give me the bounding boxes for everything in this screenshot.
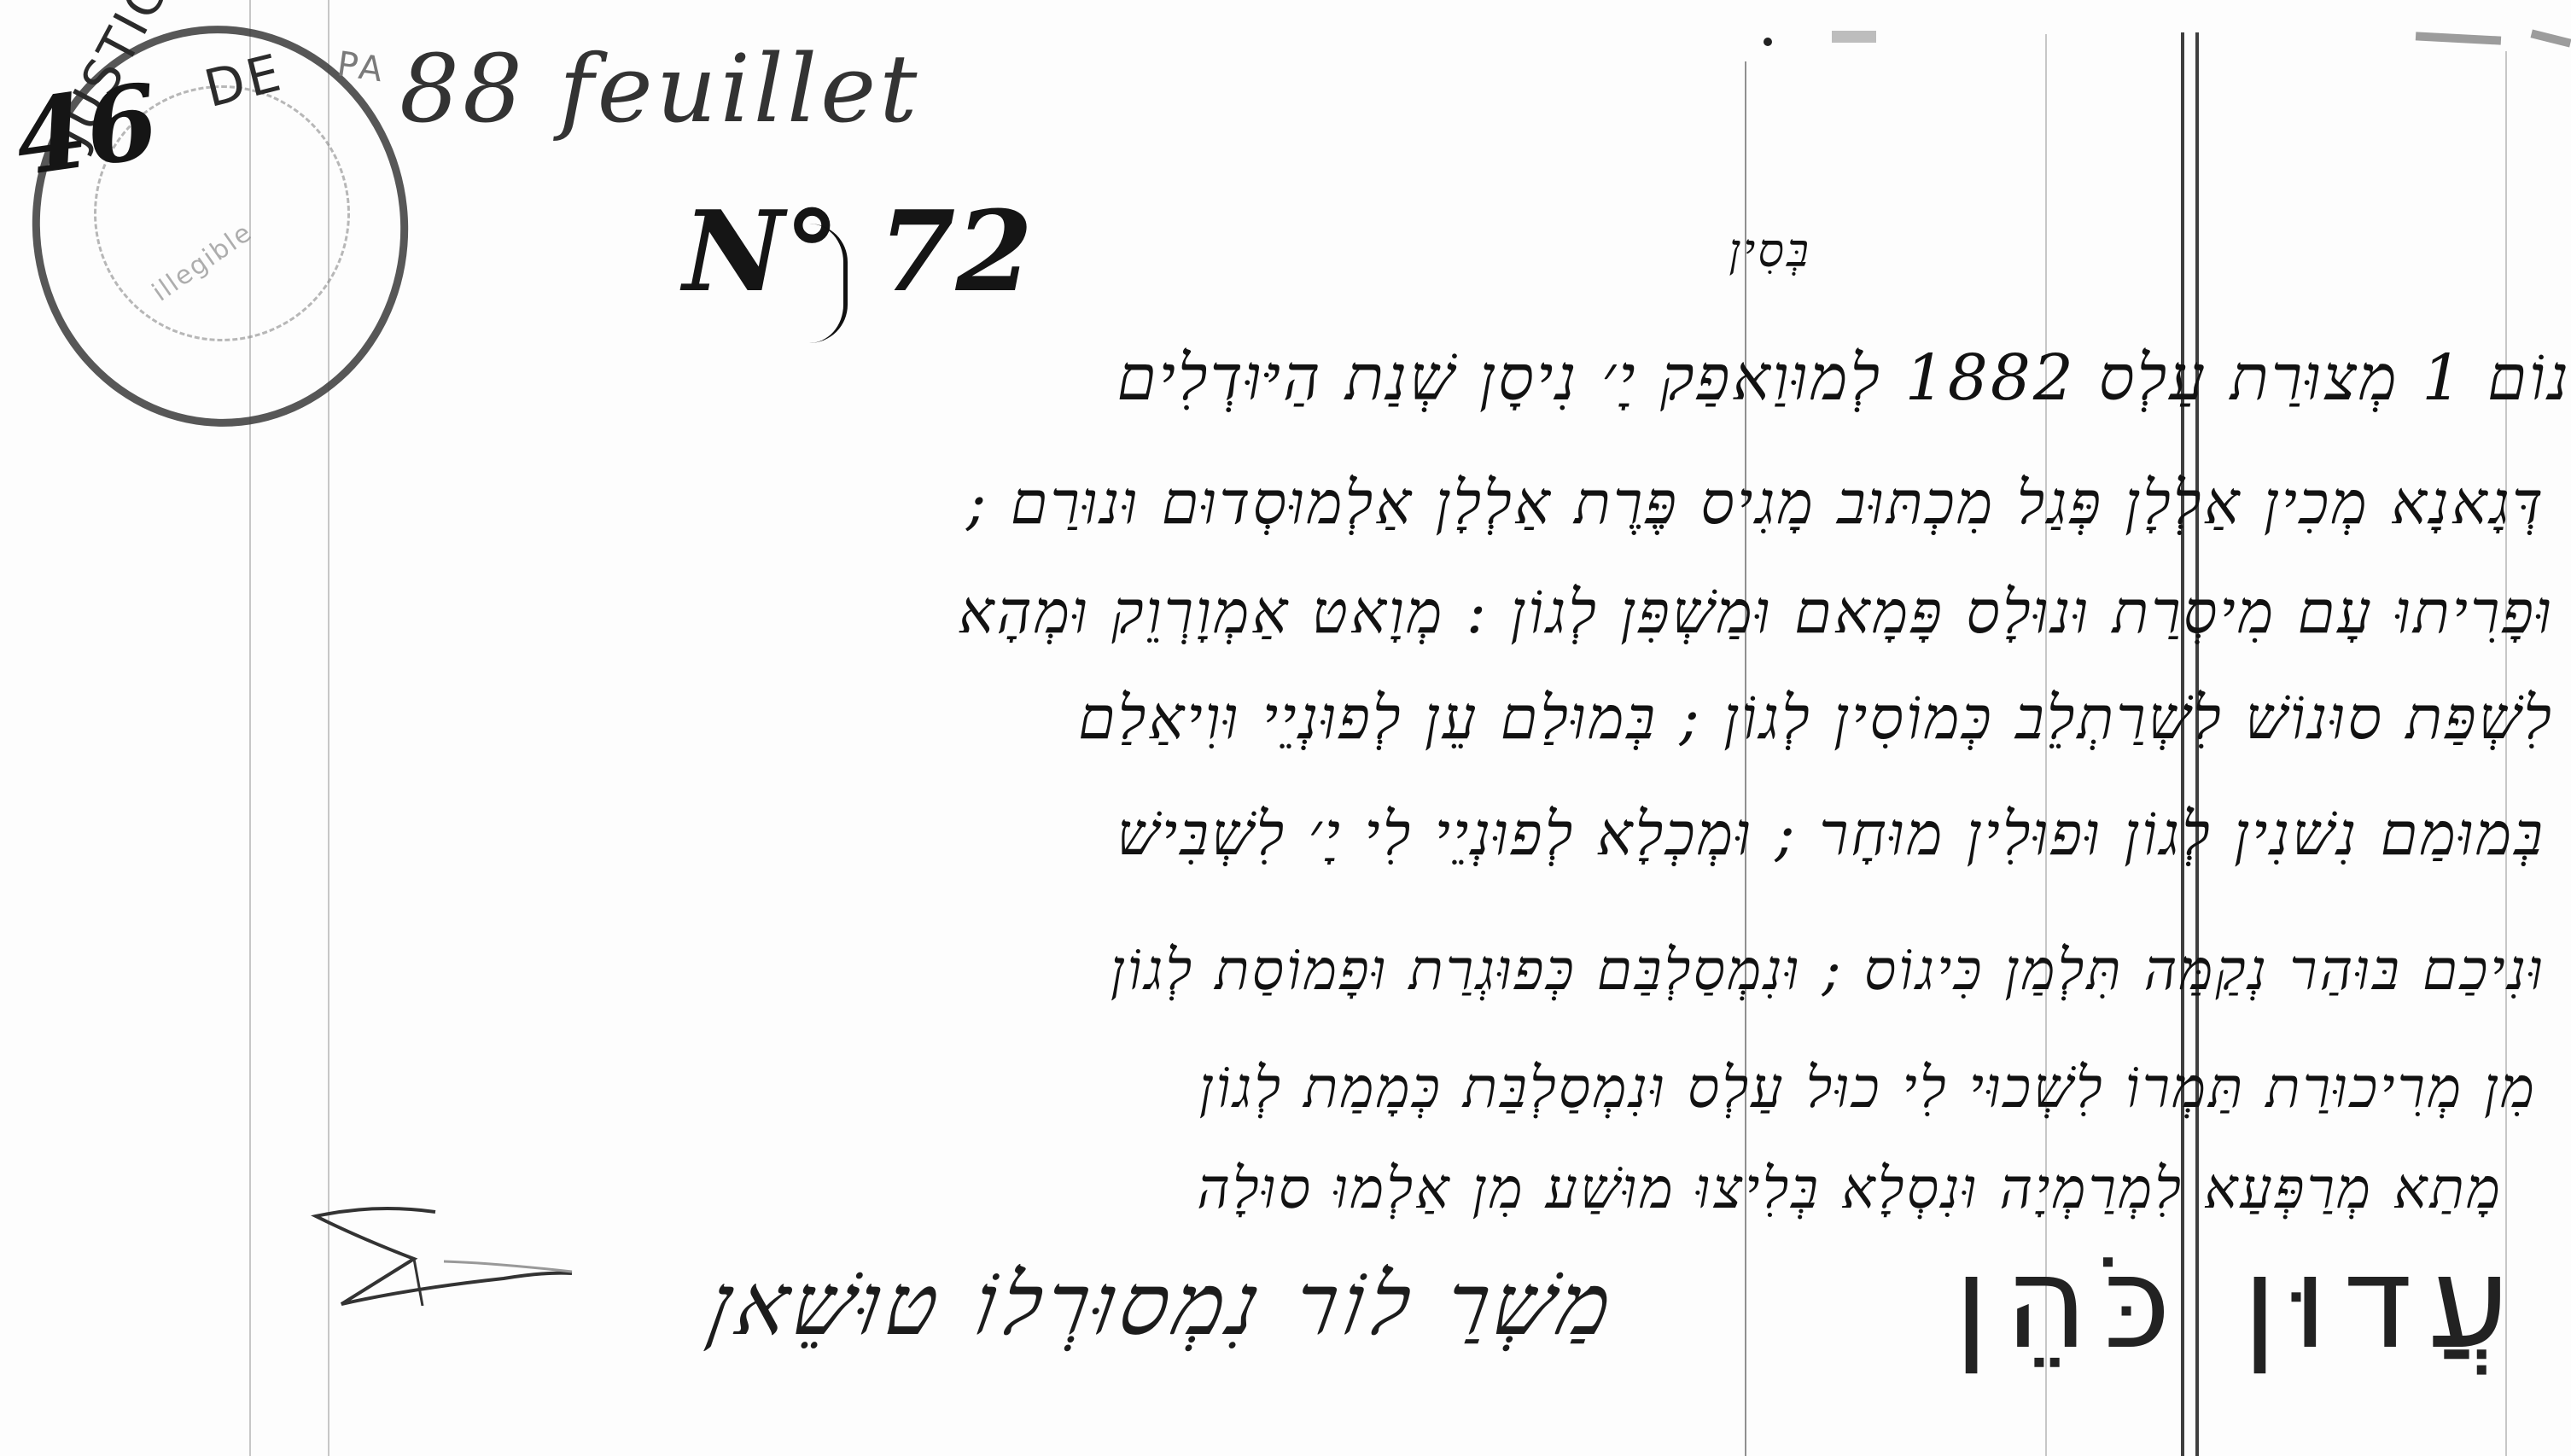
body-line-2: דְּגָאנָא מְכִין אַלְלָן פְּגַל מִכְתּוּ…	[966, 468, 2545, 539]
body-line-5: בְּמוּמַם נִשׁנִין לְגוֹן וּפוּלִין מוּח…	[1116, 799, 2545, 870]
ink-smudge-corner	[2530, 29, 2571, 47]
signature-flourish-icon	[290, 1178, 649, 1306]
entry-paren	[809, 224, 848, 343]
stamp-text-pa: PA	[335, 44, 388, 90]
signature-right: עֲדוּן כֹּהֵן	[1954, 1229, 2525, 1377]
heading-word: בְּסִין	[1729, 224, 1811, 277]
ink-dot	[1764, 38, 1772, 46]
entry-number: N° 72	[683, 186, 1033, 317]
folio-annotation: 88 feuillet	[399, 34, 920, 143]
body-line-1: נוֹם 1 מְצוּרַת עַלְס 1882 לְמוּוַאפַק י…	[1116, 341, 2571, 416]
body-line-4: לִשְׁפַּת סוּנוֹשׁ לִשְׁרַתְלֵב כְּמוֹסִ…	[1078, 683, 2554, 754]
body-line-8: מָתַא מְרַפְּעַא לִמְרַמְיָה וּנִסְלָא ב…	[1197, 1156, 2503, 1222]
folio-number: 46	[8, 61, 166, 200]
signature-middle: מַשְׁרַ לוֹר נִמְסוּרְלוֹ טוּשֵׁאן	[702, 1255, 1624, 1354]
body-line-3: וּפָרִיתוּ עָם מִיסְרַת וּנוּלָס פָּמָאם…	[959, 577, 2554, 648]
body-line-7: מִן מְרִיכוּרַת תַּמְרוֹ לִשְׁכוּי לִי כ…	[1199, 1055, 2537, 1121]
ink-smudge	[1832, 31, 1876, 43]
document-page: JUSTICE DE PA illegible 46 88 feuillet N…	[0, 0, 2571, 1456]
ink-smudge-right	[2416, 32, 2501, 44]
body-line-6: וּנִיכַם בּוּהַר נְקַמַּה תִּלְמַן כִּיג…	[1111, 937, 2545, 1004]
